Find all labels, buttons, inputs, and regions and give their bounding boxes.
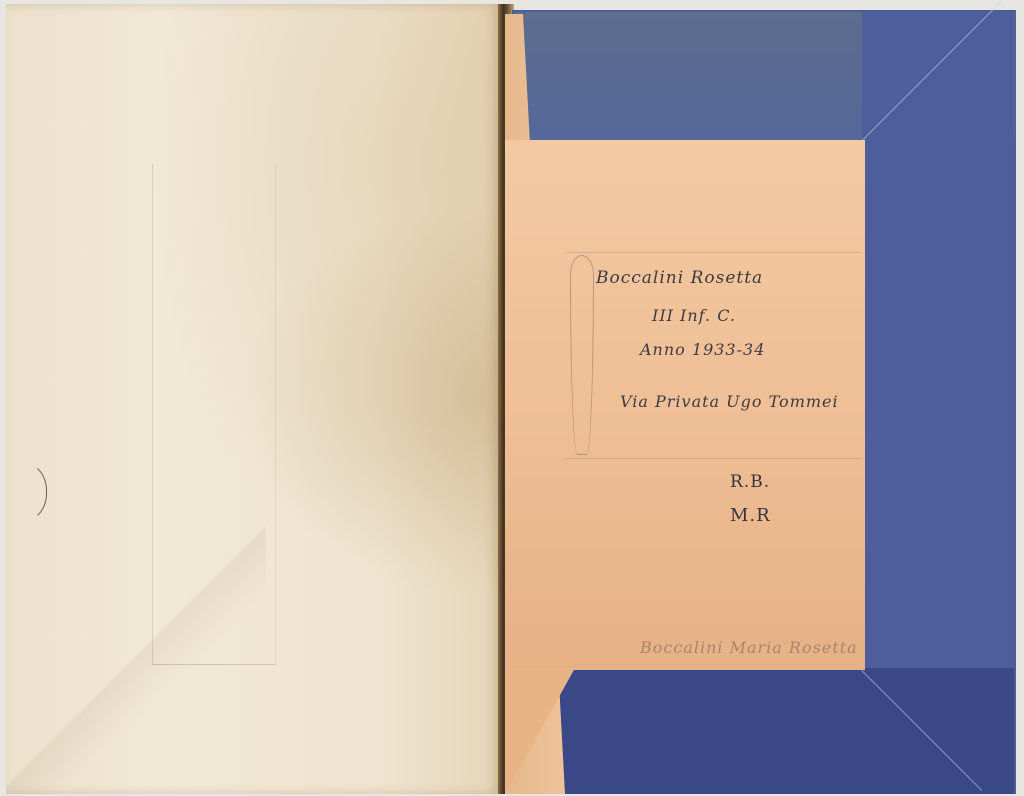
cover-cloth-bottom-turn-in: [520, 668, 1014, 794]
pencil-arc-mark: [16, 459, 47, 525]
inscription-year: Anno 1933-34: [640, 340, 765, 359]
page-fold-crease: [6, 524, 266, 794]
inscription-name: Boccalini Rosetta: [596, 268, 763, 288]
inscription-address: Via Privata Ugo Tommei: [620, 392, 839, 411]
inscription-class: III Inf. C.: [652, 306, 736, 325]
inscription-initials-rb: R.B.: [730, 472, 770, 492]
left-blank-page: [6, 4, 500, 794]
faint-pencil-signature: Boccalini Maria Rosetta: [640, 638, 858, 657]
pencil-leaf-sketch: [570, 255, 594, 455]
inscription-initials-mr: M.R: [730, 505, 771, 526]
